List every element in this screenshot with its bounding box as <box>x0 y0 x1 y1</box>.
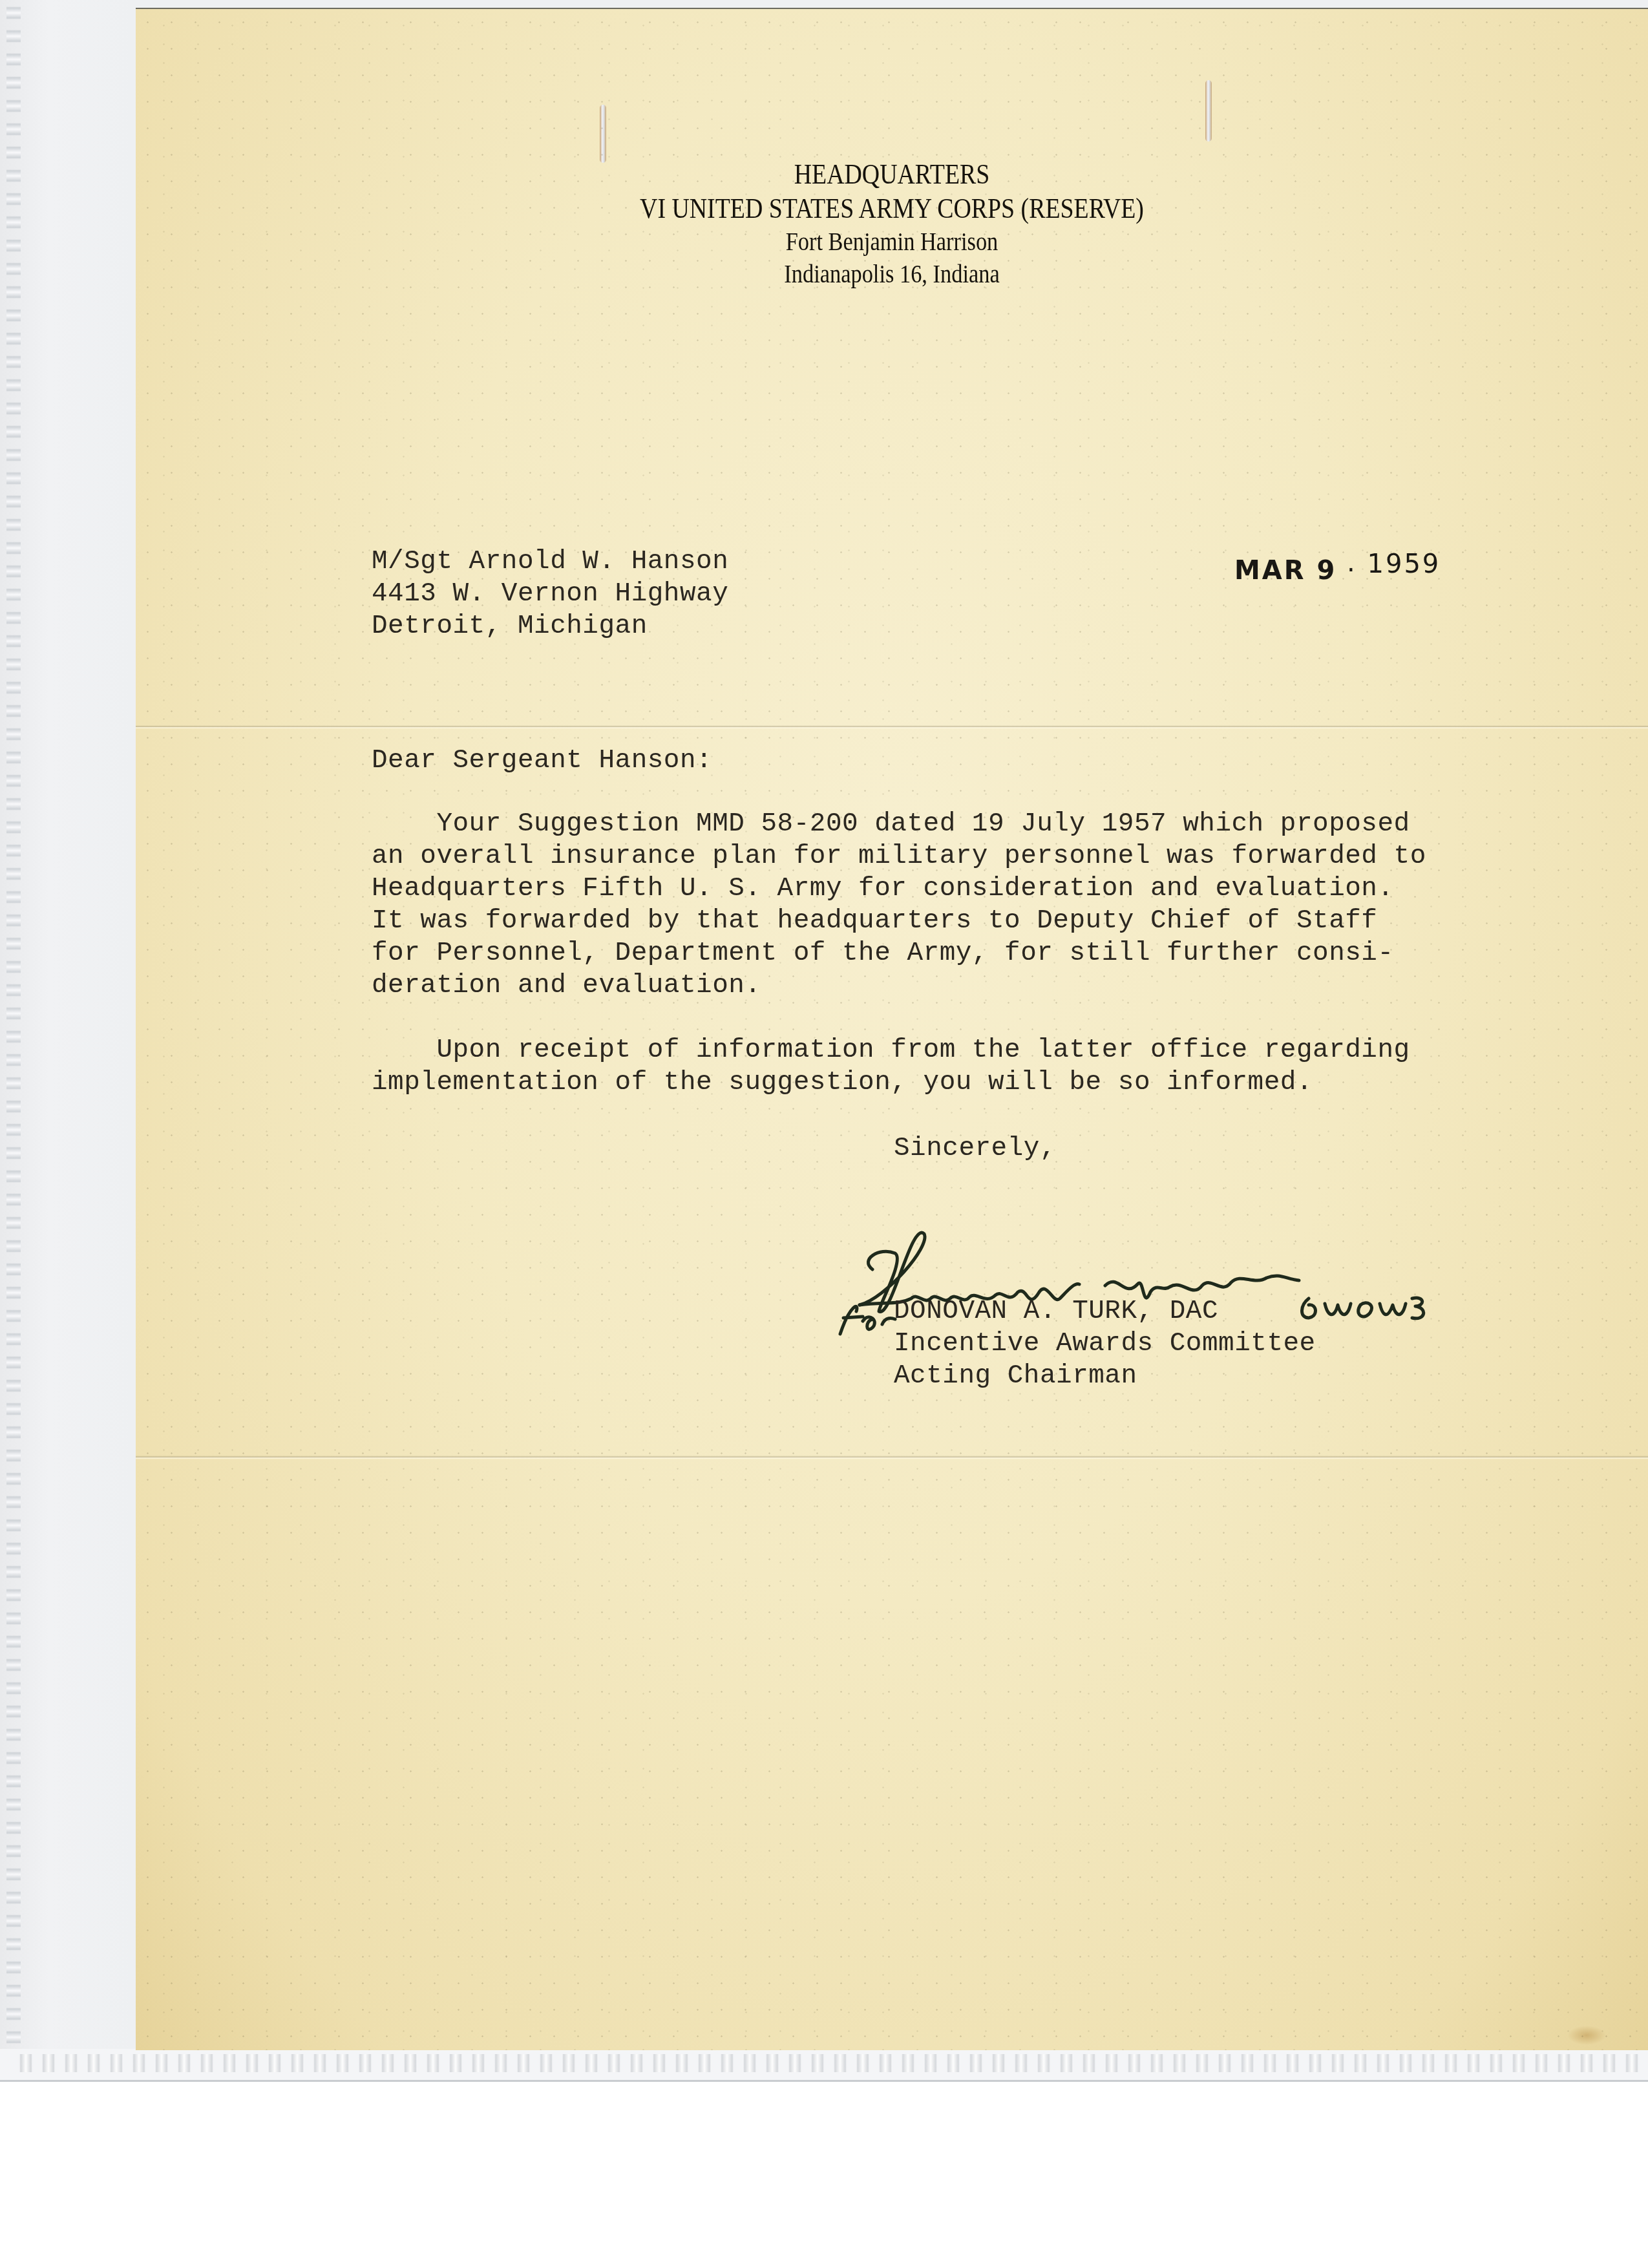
letterhead-city: Indianapolis 16, Indiana <box>242 259 1542 289</box>
body-line: Upon receipt of information from the lat… <box>372 1034 1410 1066</box>
sleeve-binding-holes-bottom <box>13 2054 1648 2072</box>
body-line: implementation of the suggestion, you wi… <box>372 1066 1313 1099</box>
body-line: for Personnel, Department of the Army, f… <box>372 937 1394 970</box>
body-line: Your Suggestion MMD 58-200 dated 19 July… <box>372 808 1410 840</box>
body-line: Headquarters Fifth U. S. Army for consid… <box>372 873 1394 905</box>
letter-sheet: HEADQUARTERS VI UNITED STATES ARMY CORPS… <box>136 8 1648 2050</box>
date-stamp-month-day: MAR 9 <box>1234 556 1336 586</box>
paper-stain <box>1567 2026 1606 2045</box>
closing: Sincerely, <box>894 1132 1056 1165</box>
salutation: Dear Sergeant Hanson: <box>372 745 712 777</box>
date-stamp-dot: · <box>1336 556 1367 586</box>
date-stamp: MAR 9 · 1959 <box>1234 556 1441 586</box>
signer-title-committee: Incentive Awards Committee <box>894 1328 1316 1360</box>
signer-title-role: Acting Chairman <box>894 1360 1137 1392</box>
letterhead: HEADQUARTERS VI UNITED STATES ARMY CORPS… <box>242 9 1542 300</box>
letterhead-post: Fort Benjamin Harrison <box>242 226 1542 257</box>
letterhead-title: HEADQUARTERS <box>242 158 1542 191</box>
fold-line-upper <box>136 725 1648 729</box>
body-line: deration and evaluation. <box>372 970 761 1002</box>
recipient-name: M/Sgt Arnold W. Hanson <box>372 546 728 578</box>
date-stamp-year: 1959 <box>1367 549 1441 579</box>
recipient-city: Detroit, Michigan <box>372 610 648 642</box>
body-line: an overall insurance plan for military p… <box>372 840 1426 873</box>
fold-line-lower <box>136 1456 1648 1459</box>
body-line: It was forwarded by that headquarters to… <box>372 905 1377 937</box>
sleeve-binding-holes-left <box>6 0 21 2055</box>
recipient-street: 4413 W. Vernon Highway <box>372 578 728 610</box>
letterhead-unit: VI UNITED STATES ARMY CORPS (RESERVE) <box>242 192 1542 225</box>
signer-name: DONOVAN A. TURK, DAC <box>894 1295 1218 1328</box>
